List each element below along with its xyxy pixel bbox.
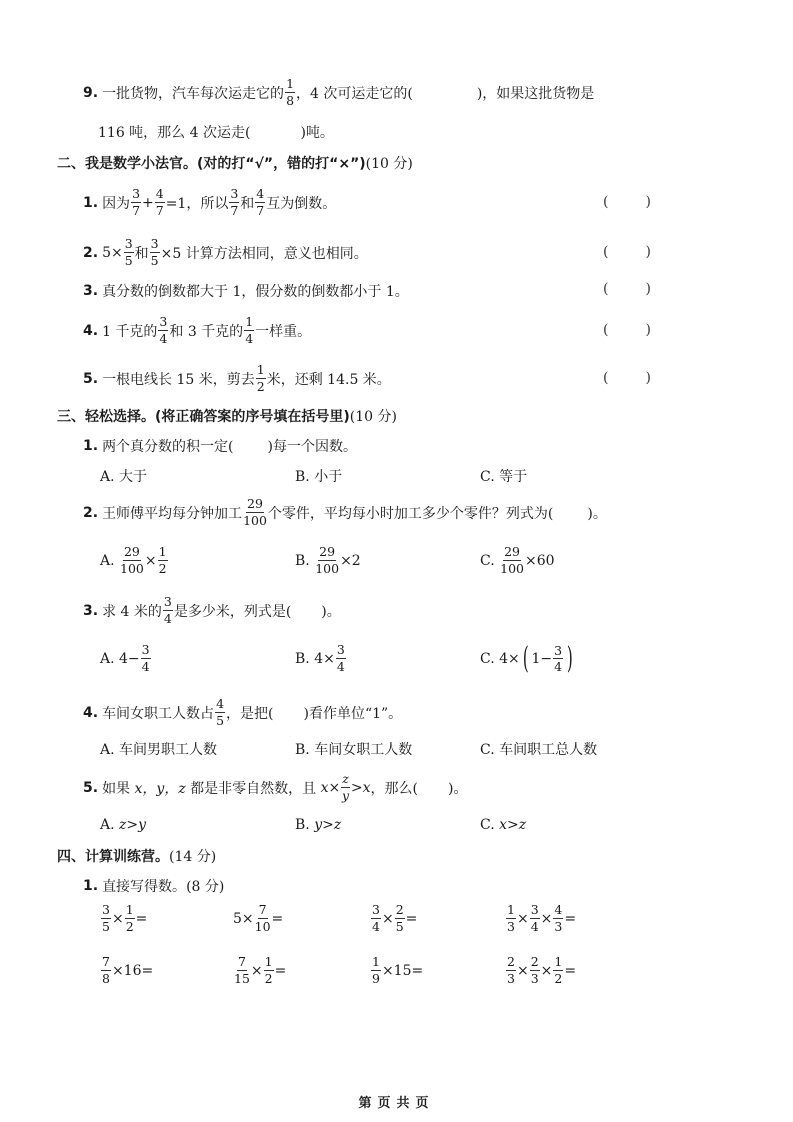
answer-parentheses[interactable]: () <box>603 322 651 338</box>
fraction: 37 <box>131 188 141 217</box>
option-c[interactable]: C. 等于 <box>480 466 527 486</box>
fraction: 23 <box>506 956 516 985</box>
fraction: 18 <box>285 78 295 107</box>
question-text: )，如果这批货物是 <box>477 83 594 103</box>
question-text: 车间女职工人数占 <box>102 703 214 723</box>
question-text: )。 <box>321 601 340 621</box>
question-text: ，那么( <box>370 778 417 798</box>
fraction: 19 <box>371 956 381 985</box>
judge-item-5: 5.一根电线长 15 米，剪去12米，还剩 14.5 米。 <box>83 364 391 393</box>
question-text: 个零件，平均每小时加工多少个零件？列式为( <box>268 503 553 523</box>
fraction: 12 <box>125 904 135 933</box>
fraction: 37 <box>229 188 239 217</box>
fraction: 710 <box>255 904 271 933</box>
question-number: 4. <box>83 323 98 339</box>
question-number: 1. <box>83 438 98 454</box>
option-c[interactable]: C. x>z <box>480 817 526 833</box>
calc-expression: 715×12= <box>233 956 286 985</box>
question-text: )吨。 <box>300 122 333 142</box>
question-number: 4. <box>83 705 98 721</box>
section-4-title: 四、计算训练营。(14 分) <box>57 846 216 866</box>
fraction: 78 <box>101 956 111 985</box>
calc-expression: 23×23×12= <box>505 956 576 985</box>
question-text: 两个真分数的积一定( <box>102 436 233 456</box>
section-2-title: 二、我是数学小法官。(对的打“√”，错的打“×”)(10 分) <box>57 153 413 173</box>
question-9: 9. 一批货物，汽车每次运走它的 18 ，4 次可运走它的( )，如果这批货物是 <box>83 78 594 107</box>
choice-question-4: 4. 车间女职工人数占 45 ，是把( )看作单位“1”。 <box>83 698 402 727</box>
question-number: 3. <box>83 603 98 619</box>
fraction: 35 <box>101 904 111 933</box>
judge-item-2: 2.5×35和35×5 计算方法相同，意义也相同。 <box>83 238 368 267</box>
fraction: 43 <box>553 904 563 933</box>
question-text: )。 <box>587 503 606 523</box>
question-number: 5. <box>83 780 98 796</box>
fraction: 29100 <box>315 546 339 575</box>
option-b[interactable]: B. 29100 ×2 <box>295 546 361 575</box>
option-a[interactable]: A. 大于 <box>100 466 147 486</box>
fraction: 29100 <box>120 546 144 575</box>
option-b[interactable]: B. 小于 <box>295 466 342 486</box>
question-number: 1. <box>83 195 98 211</box>
choice-question-5: 5. 如果 x，y，z 都是非零自然数，且 x × zy > x ，那么( )。 <box>83 773 467 802</box>
fraction: 34 <box>163 596 173 625</box>
calc-expression: 34×25= <box>370 904 417 933</box>
points: (8 分) <box>186 876 224 896</box>
calc-subquestion-1: 1. 直接写得数。 (8 分) <box>83 876 224 896</box>
fraction: 715 <box>234 956 250 985</box>
question-text: 如果 <box>102 778 130 798</box>
option-c[interactable]: C. 车间职工总人数 <box>480 739 597 759</box>
question-number: 3. <box>83 283 98 299</box>
option-a[interactable]: A. 4− 34 <box>100 644 152 673</box>
fraction: 23 <box>530 956 540 985</box>
question-9-continued: 116 吨，那么 4 次运走( )吨。 <box>98 122 334 142</box>
choice-question-1: 1. 两个真分数的积一定( )每一个因数。 <box>83 436 357 456</box>
section-3-title: 三、轻松选择。(将正确答案的序号填在括号里)(10 分) <box>57 406 397 426</box>
question-text: 直接写得数。 <box>102 876 186 896</box>
option-c[interactable]: C. 29100 ×60 <box>480 546 555 575</box>
option-b[interactable]: B. y>z <box>295 817 341 833</box>
fraction: 12 <box>553 956 563 985</box>
judge-item-3: 3.真分数的倒数都大于 1，假分数的倒数都小于 1。 <box>83 281 409 301</box>
option-b[interactable]: B. 车间女职工人数 <box>295 739 412 759</box>
question-text: 都是非零自然数，且 <box>190 778 316 798</box>
choice-question-2: 2. 王师傅平均每分钟加工 29100 个零件，平均每小时加工多少个零件？列式为… <box>83 498 607 527</box>
question-text: 是多少米，列式是( <box>174 601 291 621</box>
question-text: )每一个因数。 <box>268 436 357 456</box>
option-b[interactable]: B. 4× 34 <box>295 644 347 673</box>
fraction: 45 <box>215 698 225 727</box>
question-number: 5. <box>83 371 98 387</box>
fraction: 14 <box>244 316 254 345</box>
fraction: 12 <box>264 956 274 985</box>
fraction: 35 <box>150 238 160 267</box>
fraction: 34 <box>158 316 168 345</box>
fraction: 35 <box>124 238 134 267</box>
fraction: 34 <box>336 644 346 673</box>
question-text: )看作单位“1”。 <box>303 703 402 723</box>
fraction: 12 <box>158 546 168 575</box>
fraction: 12 <box>256 364 266 393</box>
fraction: 34 <box>371 904 381 933</box>
fraction: 34 <box>141 644 151 673</box>
fraction: 47 <box>155 188 165 217</box>
fraction: 29100 <box>500 546 524 575</box>
question-number: 2. <box>83 505 98 521</box>
option-a[interactable]: A. 车间男职工人数 <box>100 739 217 759</box>
answer-parentheses[interactable]: () <box>603 281 651 297</box>
question-text: 王师傅平均每分钟加工 <box>102 503 242 523</box>
question-text: 求 4 米的 <box>102 601 162 621</box>
choice-question-3: 3. 求 4 米的 34 是多少米，列式是( )。 <box>83 596 341 625</box>
question-number: 1. <box>83 878 98 894</box>
question-text: ，4 次可运走它的( <box>296 83 413 103</box>
fraction: 47 <box>255 188 265 217</box>
calc-expression: 13×34×43= <box>505 904 576 933</box>
page-footer: 第页共页 <box>0 1092 793 1111</box>
fraction: 34 <box>530 904 540 933</box>
question-text: )。 <box>448 778 467 798</box>
answer-parentheses[interactable]: () <box>603 194 651 210</box>
fraction: 34 <box>553 645 563 674</box>
option-c[interactable]: C. 4× ( 1− 34 ) <box>480 644 576 674</box>
question-number: 2. <box>83 245 98 261</box>
fraction: 29100 <box>243 498 267 527</box>
question-number: 9. <box>83 85 98 101</box>
answer-parentheses[interactable]: () <box>603 244 651 260</box>
fraction: 13 <box>506 904 516 933</box>
calc-expression: 78×16= <box>100 956 153 985</box>
question-text: 一批货物，汽车每次运走它的 <box>102 83 284 103</box>
option-a[interactable]: A. z>y <box>100 817 146 833</box>
left-paren: ( <box>523 644 529 674</box>
calc-expression: 35×12= <box>100 904 147 933</box>
judge-item-4: 4.1 千克的34和 3 千克的14一样重。 <box>83 316 311 345</box>
question-text: 116 吨，那么 4 次运走( <box>98 122 250 142</box>
fraction: zy <box>341 773 350 802</box>
option-a[interactable]: A. 29100 × 12 <box>100 546 169 575</box>
calc-expression: 5×710= <box>233 904 283 933</box>
answer-parentheses[interactable]: () <box>603 370 651 386</box>
right-paren: ) <box>567 644 573 674</box>
calc-expression: 19×15= <box>370 956 423 985</box>
question-text: ，是把( <box>226 703 273 723</box>
fraction: 25 <box>395 904 405 933</box>
judge-item-1: 1.因为37+47=1，所以37和47互为倒数。 <box>83 188 336 217</box>
